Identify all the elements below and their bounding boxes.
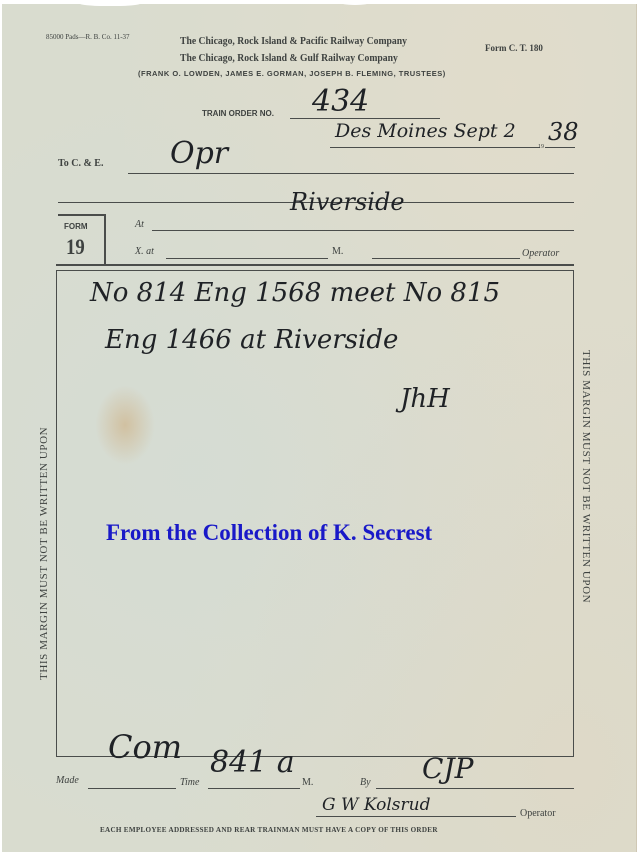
form-label: FORM	[64, 222, 88, 231]
year-prefix: 19	[538, 144, 544, 150]
operator-signature: G W Kolsrud	[322, 795, 430, 815]
company-name-1: The Chicago, Rock Island & Pacific Railw…	[180, 35, 407, 47]
trustees: (FRANK O. LOWDEN, JAMES E. GORMAN, JOSEP…	[138, 69, 446, 78]
year-line	[545, 147, 575, 148]
made-value: Com	[108, 728, 182, 766]
print-code: 85000 Pads—R. B. Co. 11-37	[46, 33, 130, 41]
by-label: By	[360, 777, 371, 788]
at-line	[152, 230, 574, 231]
header-rule	[56, 264, 574, 266]
torn-edge	[80, 0, 140, 6]
date-line	[330, 147, 540, 148]
to-line	[128, 173, 574, 174]
operator-label-footer: Operator	[520, 808, 556, 819]
m-label: M.	[332, 246, 343, 257]
by-line	[376, 788, 574, 789]
operator-signature-line	[316, 816, 516, 817]
to-label: To C. & E.	[58, 158, 103, 169]
place-date: Des Moines Sept 2	[335, 120, 516, 142]
x-at-label: X. at	[135, 246, 154, 257]
time-m-label: M.	[302, 777, 313, 788]
train-order-number: 434	[312, 84, 369, 119]
torn-edge	[340, 0, 370, 5]
at-label: At	[135, 219, 144, 230]
train-order-label: TRAIN ORDER NO.	[202, 109, 274, 118]
by-value: CJP	[422, 752, 474, 785]
margin-warning-left: THIS MARGIN MUST NOT BE WRITTEN UPON	[38, 427, 50, 680]
made-label: Made	[56, 775, 79, 786]
time-value: 841 a	[210, 745, 295, 780]
dispatcher-initials: JhH	[400, 384, 450, 414]
company-name-2: The Chicago, Rock Island & Gulf Railway …	[180, 52, 398, 64]
form-number: 19	[66, 234, 85, 260]
order-line-2: Eng 1466 at Riverside	[105, 325, 398, 355]
order-line-1: No 814 Eng 1568 meet No 815	[90, 278, 500, 308]
operator-line	[372, 258, 520, 259]
made-line	[88, 788, 176, 789]
form-code: Form C. T. 180	[485, 43, 543, 53]
time-label: Time	[180, 777, 199, 788]
copy-notice: EACH EMPLOYEE ADDRESSED AND REAR TRAINMA…	[100, 825, 438, 834]
address-value: Riverside	[290, 188, 405, 216]
collection-watermark: From the Collection of K. Secrest	[106, 520, 432, 546]
to-value: Opr	[170, 136, 228, 171]
year: 38	[548, 118, 579, 146]
time-line	[208, 788, 300, 789]
x-at-line	[166, 258, 328, 259]
margin-warning-right: THIS MARGIN MUST NOT BE WRITTEN UPON	[580, 350, 592, 603]
operator-label: Operator	[522, 248, 559, 259]
